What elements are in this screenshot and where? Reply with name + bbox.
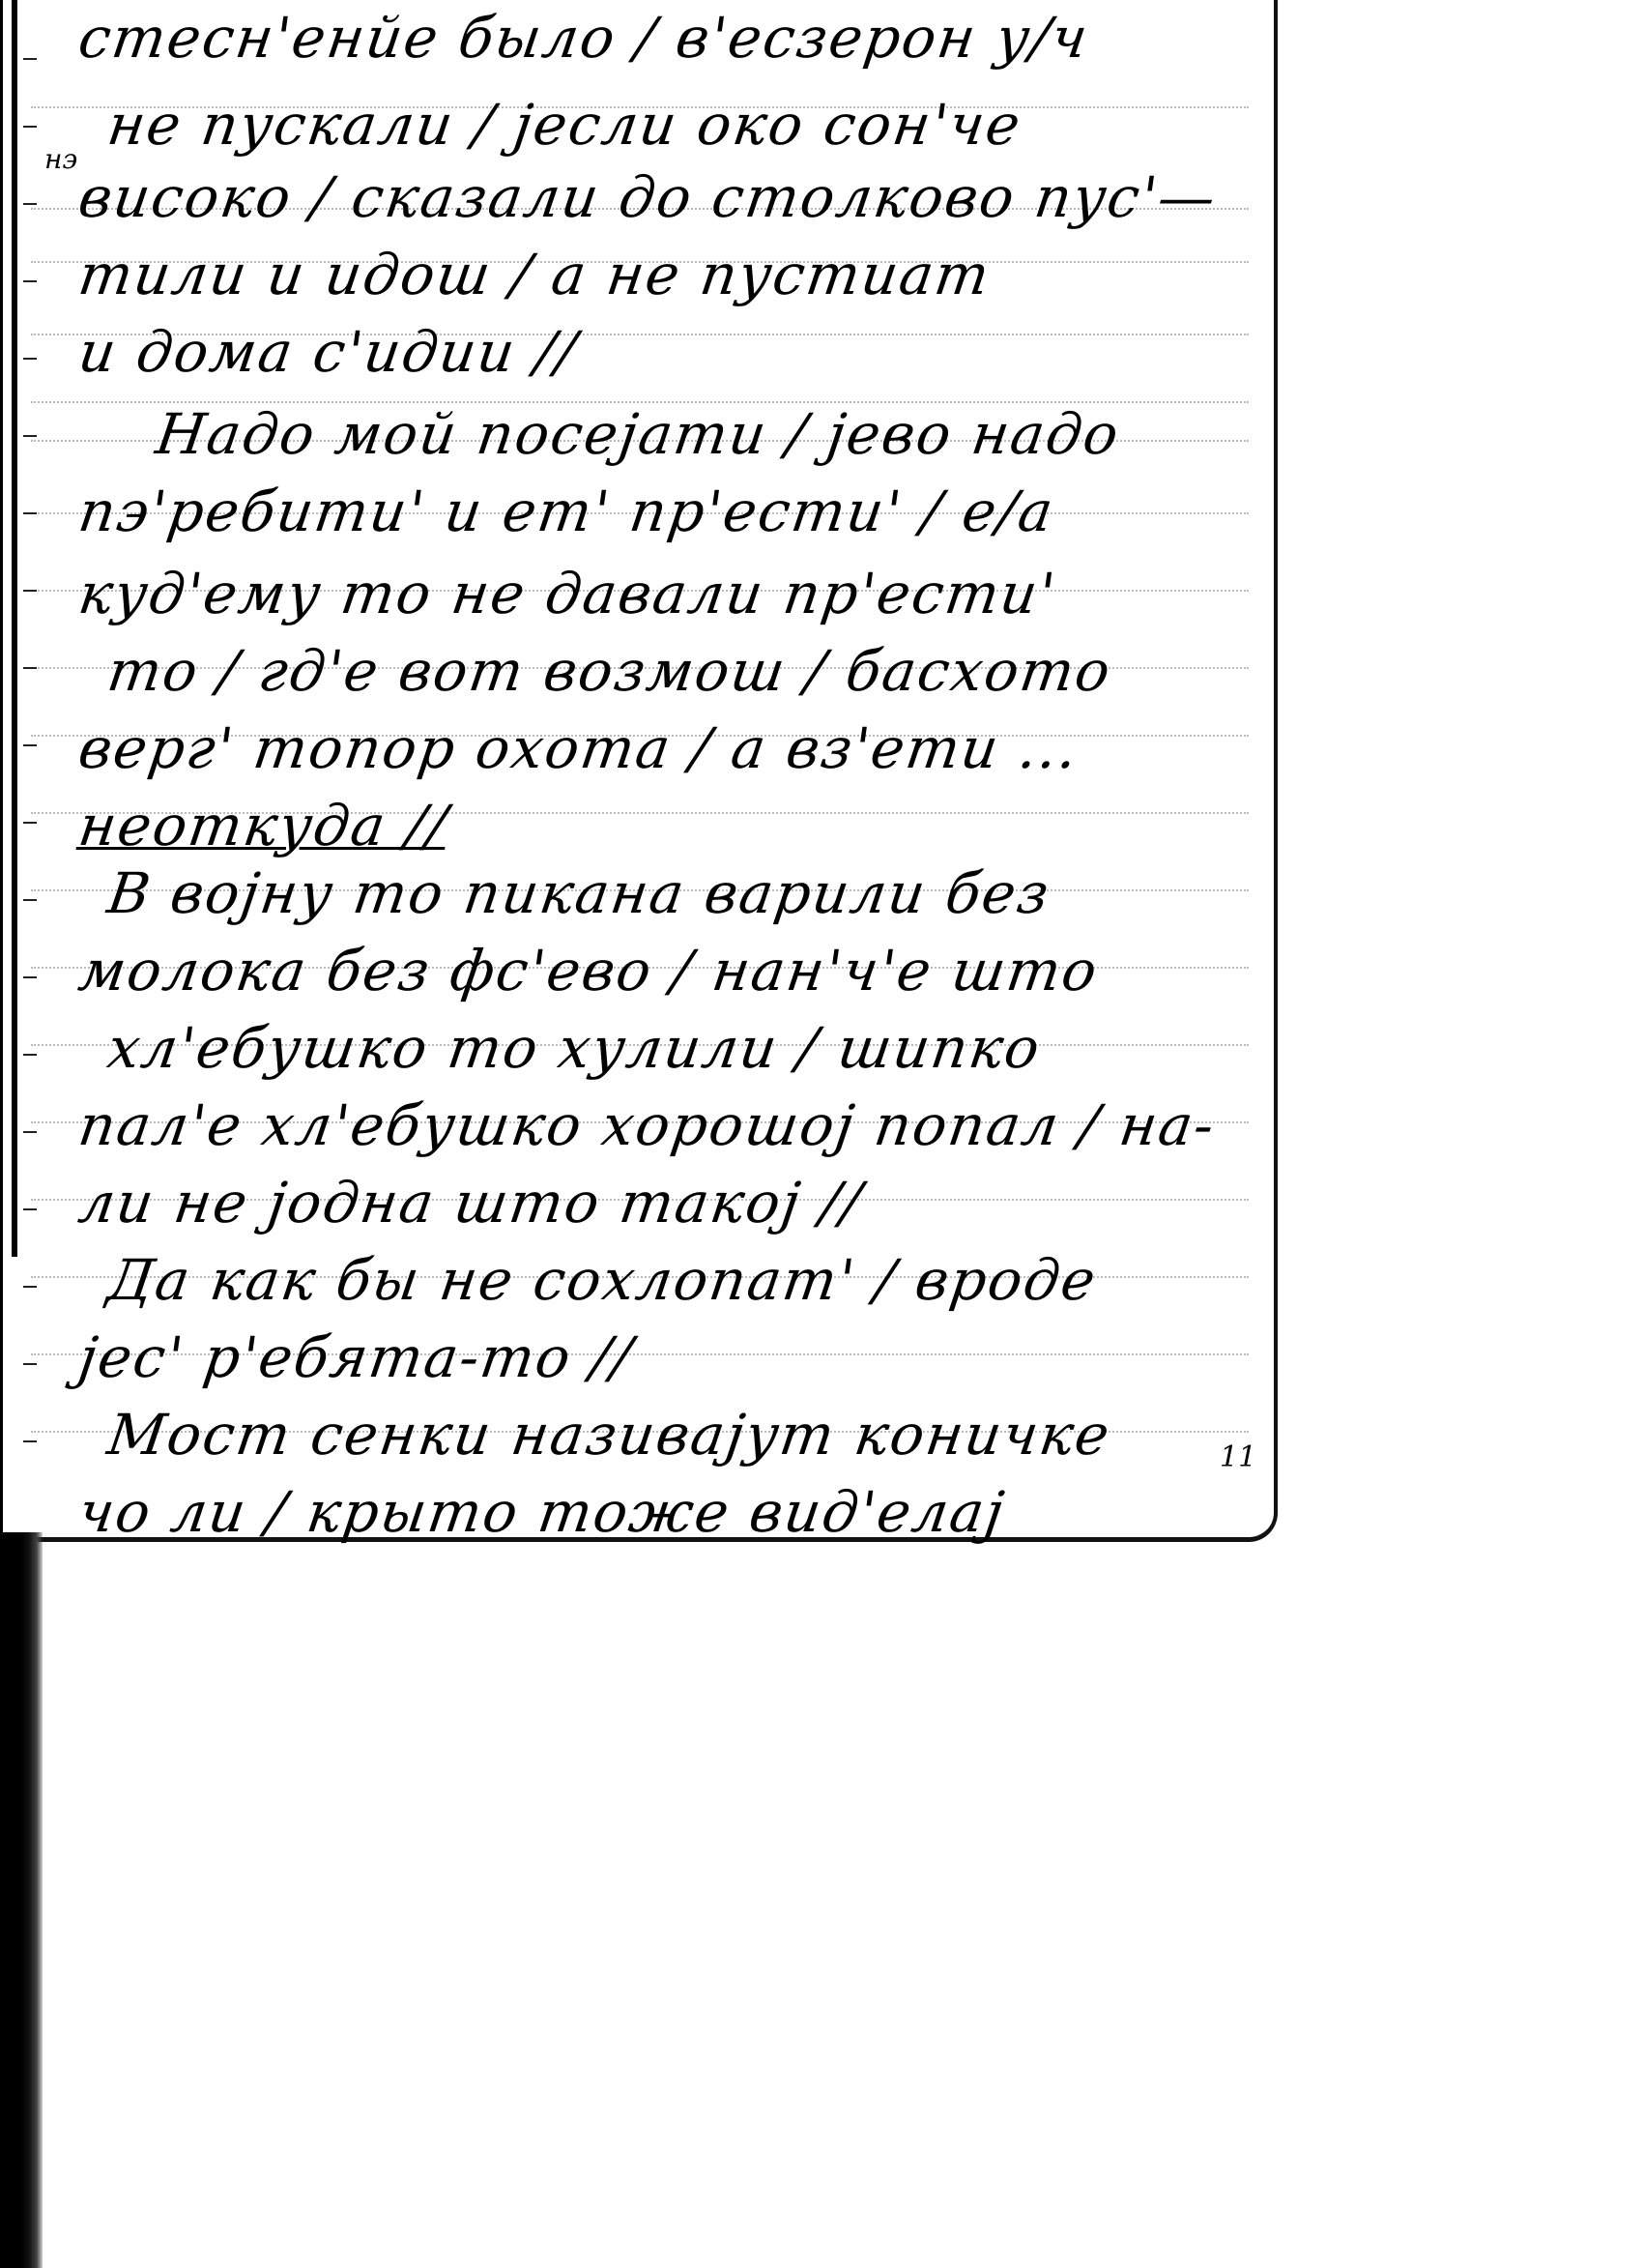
margin-tick [23, 1208, 37, 1210]
text-line: не пускали / јесли око сон'че [104, 97, 1025, 153]
text-line: Мост сенки називајут коничке [104, 1407, 1114, 1463]
margin-tick [23, 976, 37, 978]
text-line: јес' р'ебята-то // [75, 1329, 637, 1385]
text-line: то / гд'е вот возмош / басхото [104, 643, 1115, 699]
scanned-page: нэ стесн'енйе было / в'есзерон у/ч не пу… [0, 0, 1643, 2268]
margin-tick [23, 744, 37, 746]
margin-tick [23, 822, 37, 824]
margin-tick [23, 667, 37, 669]
margin-tick [23, 358, 37, 360]
text-line: Надо мой посејати / јево надо [153, 406, 1124, 462]
margin-tick [23, 435, 37, 437]
text-line: пэ'ребити' и ет' пр'ести' / е/а [75, 483, 1058, 539]
margin-tick [23, 1440, 37, 1442]
margin-tick [23, 126, 37, 128]
text-line: куд'ему то не давали пр'ести' [75, 566, 1060, 622]
margin-tick [23, 1363, 37, 1365]
margin-tick [23, 1286, 37, 1288]
text-line: неоткуда // [75, 798, 452, 854]
text-line: верг' топор охота / а вз'ети ... [75, 720, 1082, 776]
text-line: ли не јодна што такој // [75, 1175, 867, 1231]
page-number: 11 [1220, 1440, 1256, 1474]
text-line: чо ли / крыто тоже вид'елај [75, 1484, 1009, 1540]
margin-tick [23, 203, 37, 205]
text-line: стесн'енйе было / в'есзерон у/ч [75, 10, 1093, 66]
text-line: Да как бы не сохлопат' / вроде [104, 1252, 1101, 1308]
text-line: В војну то пикана варили без [104, 865, 1054, 921]
text-line: тили и идош / а не пустиат [75, 247, 994, 303]
text-line: хл'ебушко то хулили / шипко [104, 1020, 1045, 1076]
margin-note: нэ [44, 143, 77, 175]
binding-edge [0, 0, 3, 1532]
text-line: пал'е хл'ебушко хорошој попал / на- [75, 1097, 1219, 1153]
margin-tick [23, 280, 37, 282]
binding-shadow [0, 1532, 43, 2268]
margin-tick [23, 58, 37, 60]
margin-tick [23, 899, 37, 901]
margin-tick [23, 1054, 37, 1056]
text-line: и дома с'идии // [75, 324, 581, 380]
margin-tick [23, 1131, 37, 1133]
notebook-page: нэ стесн'енйе было / в'есзерон у/ч не пу… [21, 0, 1278, 1542]
text-line: молока без фс'ево / нан'ч'е што [75, 943, 1102, 999]
binding-edge-inner [12, 0, 17, 1257]
text-line: високо / сказали до столково пус'— [75, 169, 1221, 225]
margin-tick [23, 590, 37, 592]
margin-tick [23, 512, 37, 514]
